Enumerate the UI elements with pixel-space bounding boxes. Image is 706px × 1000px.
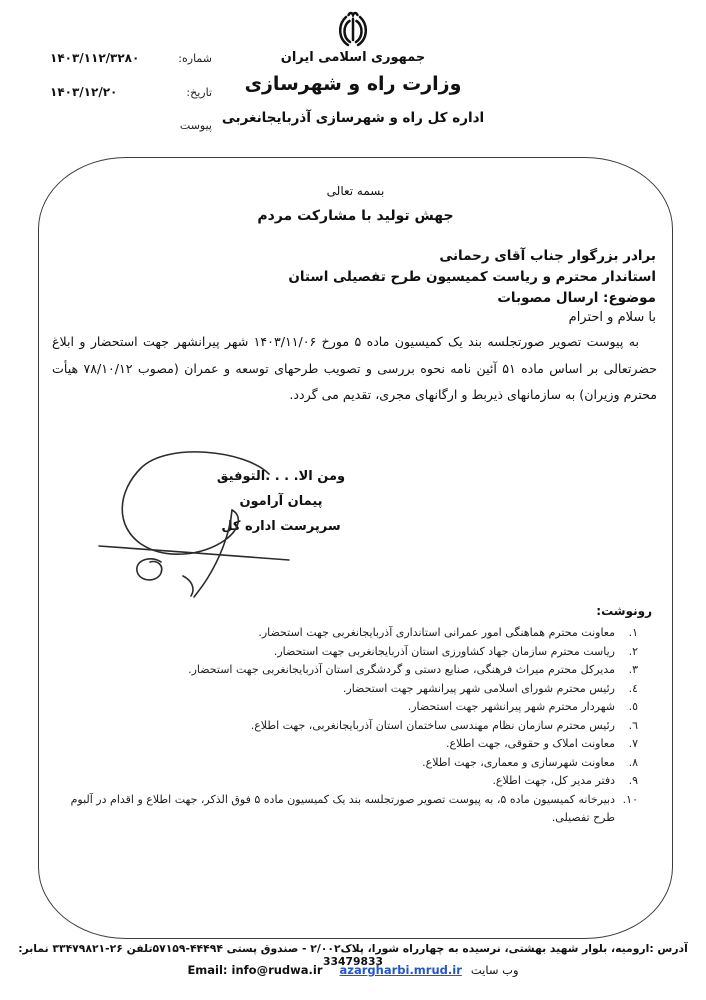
bismillah-text: بسمه تعالی	[39, 184, 672, 198]
cc-item: ٩. دفتر مدیر کل، جهت اطلاع.	[55, 772, 638, 791]
cc-item: ٨. معاونت شهرسازی و معماری، جهت اطلاع.	[55, 754, 638, 773]
cc-item-number: ٥.	[622, 698, 638, 717]
cc-item-text: شهردار محترم شهر پیرانشهر جهت استحضار.	[408, 698, 615, 717]
attachment-label: پیوست	[180, 119, 212, 132]
subject-line: موضوع: ارسال مصوبات	[55, 288, 656, 309]
cc-item-text: مدیرکل محترم میراث فرهنگی، صنایع دستی و …	[188, 661, 615, 680]
number-label: شماره:	[178, 52, 212, 65]
salutation-text: با سلام و احترام	[569, 310, 656, 325]
cc-item-number: ٦.	[622, 717, 638, 736]
cc-item-number: ٨.	[622, 754, 638, 773]
cc-item: ٦. رئیس محترم سازمان نظام مهندسی ساختمان…	[55, 717, 638, 736]
cc-item-number: ٣.	[622, 661, 638, 680]
cc-item-text: دبیرخانه کمیسیون ماده ۵، به پیوست تصویر …	[55, 791, 615, 828]
date-label: تاریخ:	[186, 86, 212, 99]
cc-item-text: ریاست محترم سازمان جهاد کشاورزی استان آذ…	[274, 643, 615, 662]
handwritten-signature	[97, 448, 307, 604]
cc-item: ٧. معاونت املاک و حقوقی، جهت اطلاع.	[55, 735, 638, 754]
cc-item-text: رئیس محترم سازمان نظام مهندسی ساختمان اس…	[251, 717, 615, 736]
letter-meta-fields: شماره: ۱۴۰۳/۱۱۲/۳۲۸۰ تاریخ: ۱۴۰۳/۱۲/۲۰ پ…	[50, 51, 212, 153]
number-value: ۱۴۰۳/۱۱۲/۳۲۸۰	[50, 51, 139, 65]
cc-item: ٢. ریاست محترم سازمان جهاد کشاورزی استان…	[55, 643, 638, 662]
cc-item-number: ٤.	[622, 680, 638, 699]
cc-item-number: ١٠.	[622, 791, 638, 810]
date-value: ۱۴۰۳/۱۲/۲۰	[50, 85, 117, 99]
letter-body-box: بسمه تعالی جهش تولید با مشارکت مردم براد…	[38, 157, 673, 939]
attachment-row: پیوست	[50, 119, 212, 139]
cc-item-number: ٧.	[622, 735, 638, 754]
website-label: وب سایت	[471, 963, 519, 977]
cc-section: رونوشت: ١. معاونت محترم هماهنگی امور عمر…	[55, 604, 652, 828]
cc-item-text: دفتر مدیر کل، جهت اطلاع.	[492, 772, 615, 791]
letter-body-paragraph: به پیوست تصویر صورتجلسه بند یک کمیسیون م…	[52, 329, 657, 409]
cc-item-number: ٢.	[622, 643, 638, 662]
recipient-line2: استاندار محترم و ریاست کمیسیون طرح تفصیل…	[55, 267, 656, 288]
cc-item-number: ٩.	[622, 772, 638, 791]
cc-item: ٤. رئیس محترم شورای اسلامی شهر پیرانشهر …	[55, 680, 638, 699]
recipient-block: برادر بزرگوار جناب آقای رحمانی استاندار …	[55, 246, 656, 309]
email-text: Email: info@rudwa.ir	[187, 963, 322, 977]
cc-item-text: معاونت شهرسازی و معماری، جهت اطلاع.	[422, 754, 615, 773]
year-slogan: جهش تولید با مشارکت مردم	[39, 208, 672, 224]
cc-list: ١. معاونت محترم هماهنگی امور عمرانی استا…	[55, 624, 652, 828]
recipient-line1: برادر بزرگوار جناب آقای رحمانی	[55, 246, 656, 267]
footer-contact-row: وب سایت azargharbi.mrud.ir Email: info@r…	[0, 963, 706, 977]
cc-item-text: معاونت املاک و حقوقی، جهت اطلاع.	[446, 735, 615, 754]
number-row: شماره: ۱۴۰۳/۱۱۲/۳۲۸۰	[50, 51, 212, 71]
cc-item: ٣. مدیرکل محترم میراث فرهنگی، صنایع دستی…	[55, 661, 638, 680]
iran-emblem-icon	[339, 11, 367, 52]
cc-item: ١. معاونت محترم هماهنگی امور عمرانی استا…	[55, 624, 638, 643]
date-row: تاریخ: ۱۴۰۳/۱۲/۲۰	[50, 85, 212, 105]
cc-label: رونوشت:	[55, 604, 652, 618]
website-link[interactable]: azargharbi.mrud.ir	[340, 963, 462, 977]
cc-item: ١٠. دبیرخانه کمیسیون ماده ۵، به پیوست تص…	[55, 791, 638, 828]
cc-item: ٥. شهردار محترم شهر پیرانشهر جهت استحضار…	[55, 698, 638, 717]
cc-item-text: معاونت محترم هماهنگی امور عمرانی استاندا…	[258, 624, 615, 643]
cc-item-number: ١.	[622, 624, 638, 643]
cc-item-text: رئیس محترم شورای اسلامی شهر پیرانشهر جهت…	[343, 680, 615, 699]
letter-page: جمهوری اسلامی ایران وزارت راه و شهرسازی …	[0, 0, 706, 1000]
